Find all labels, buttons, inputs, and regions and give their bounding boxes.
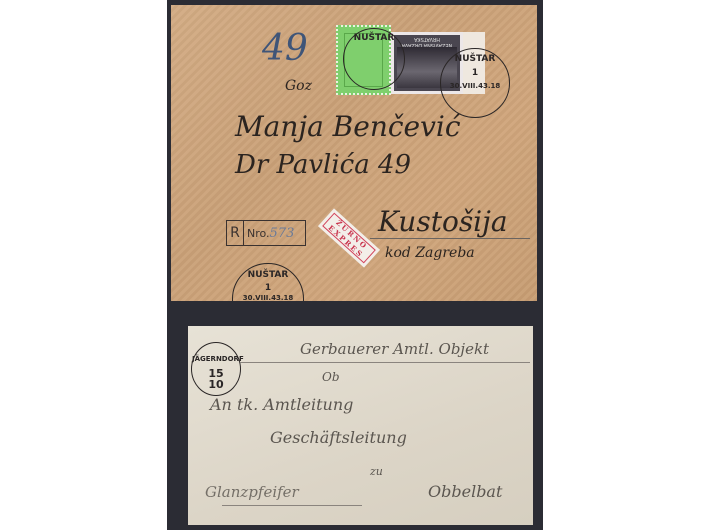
city: Kustošija — [378, 205, 508, 238]
letter-line-4: Geschäftsleitung — [270, 428, 407, 447]
letter-underline-1 — [240, 362, 530, 363]
salutation: Goz — [285, 78, 312, 94]
letter-underline-2 — [222, 505, 362, 506]
street-address: Dr Pavlića 49 — [235, 150, 411, 180]
letter-line-6: Obbelbat — [428, 482, 502, 501]
number-note: 49 — [262, 28, 308, 69]
letter-line-1: Gerbauerer Amtl. Objekt — [300, 340, 489, 358]
letter-line-7: Glanzpfeifer — [205, 483, 299, 501]
letter-line-5: zu — [370, 465, 383, 478]
jagerndorf-postmark: JÄGERNDORF 15 10 — [191, 342, 241, 396]
postmark-2: NUŠTAR 1 30.VIII.43.18 — [440, 48, 510, 118]
city-sub: kod Zagreba — [385, 245, 475, 261]
addressee-name: Manja Benčević — [235, 110, 461, 143]
registration-box: R Nro. 573 — [226, 220, 306, 246]
city-underline — [370, 238, 530, 239]
postmark-1: NUŠTAR — [343, 28, 405, 90]
letter-line-3: An tk. Amtleitung — [210, 395, 353, 414]
letter-line-2: Ob — [322, 370, 340, 384]
